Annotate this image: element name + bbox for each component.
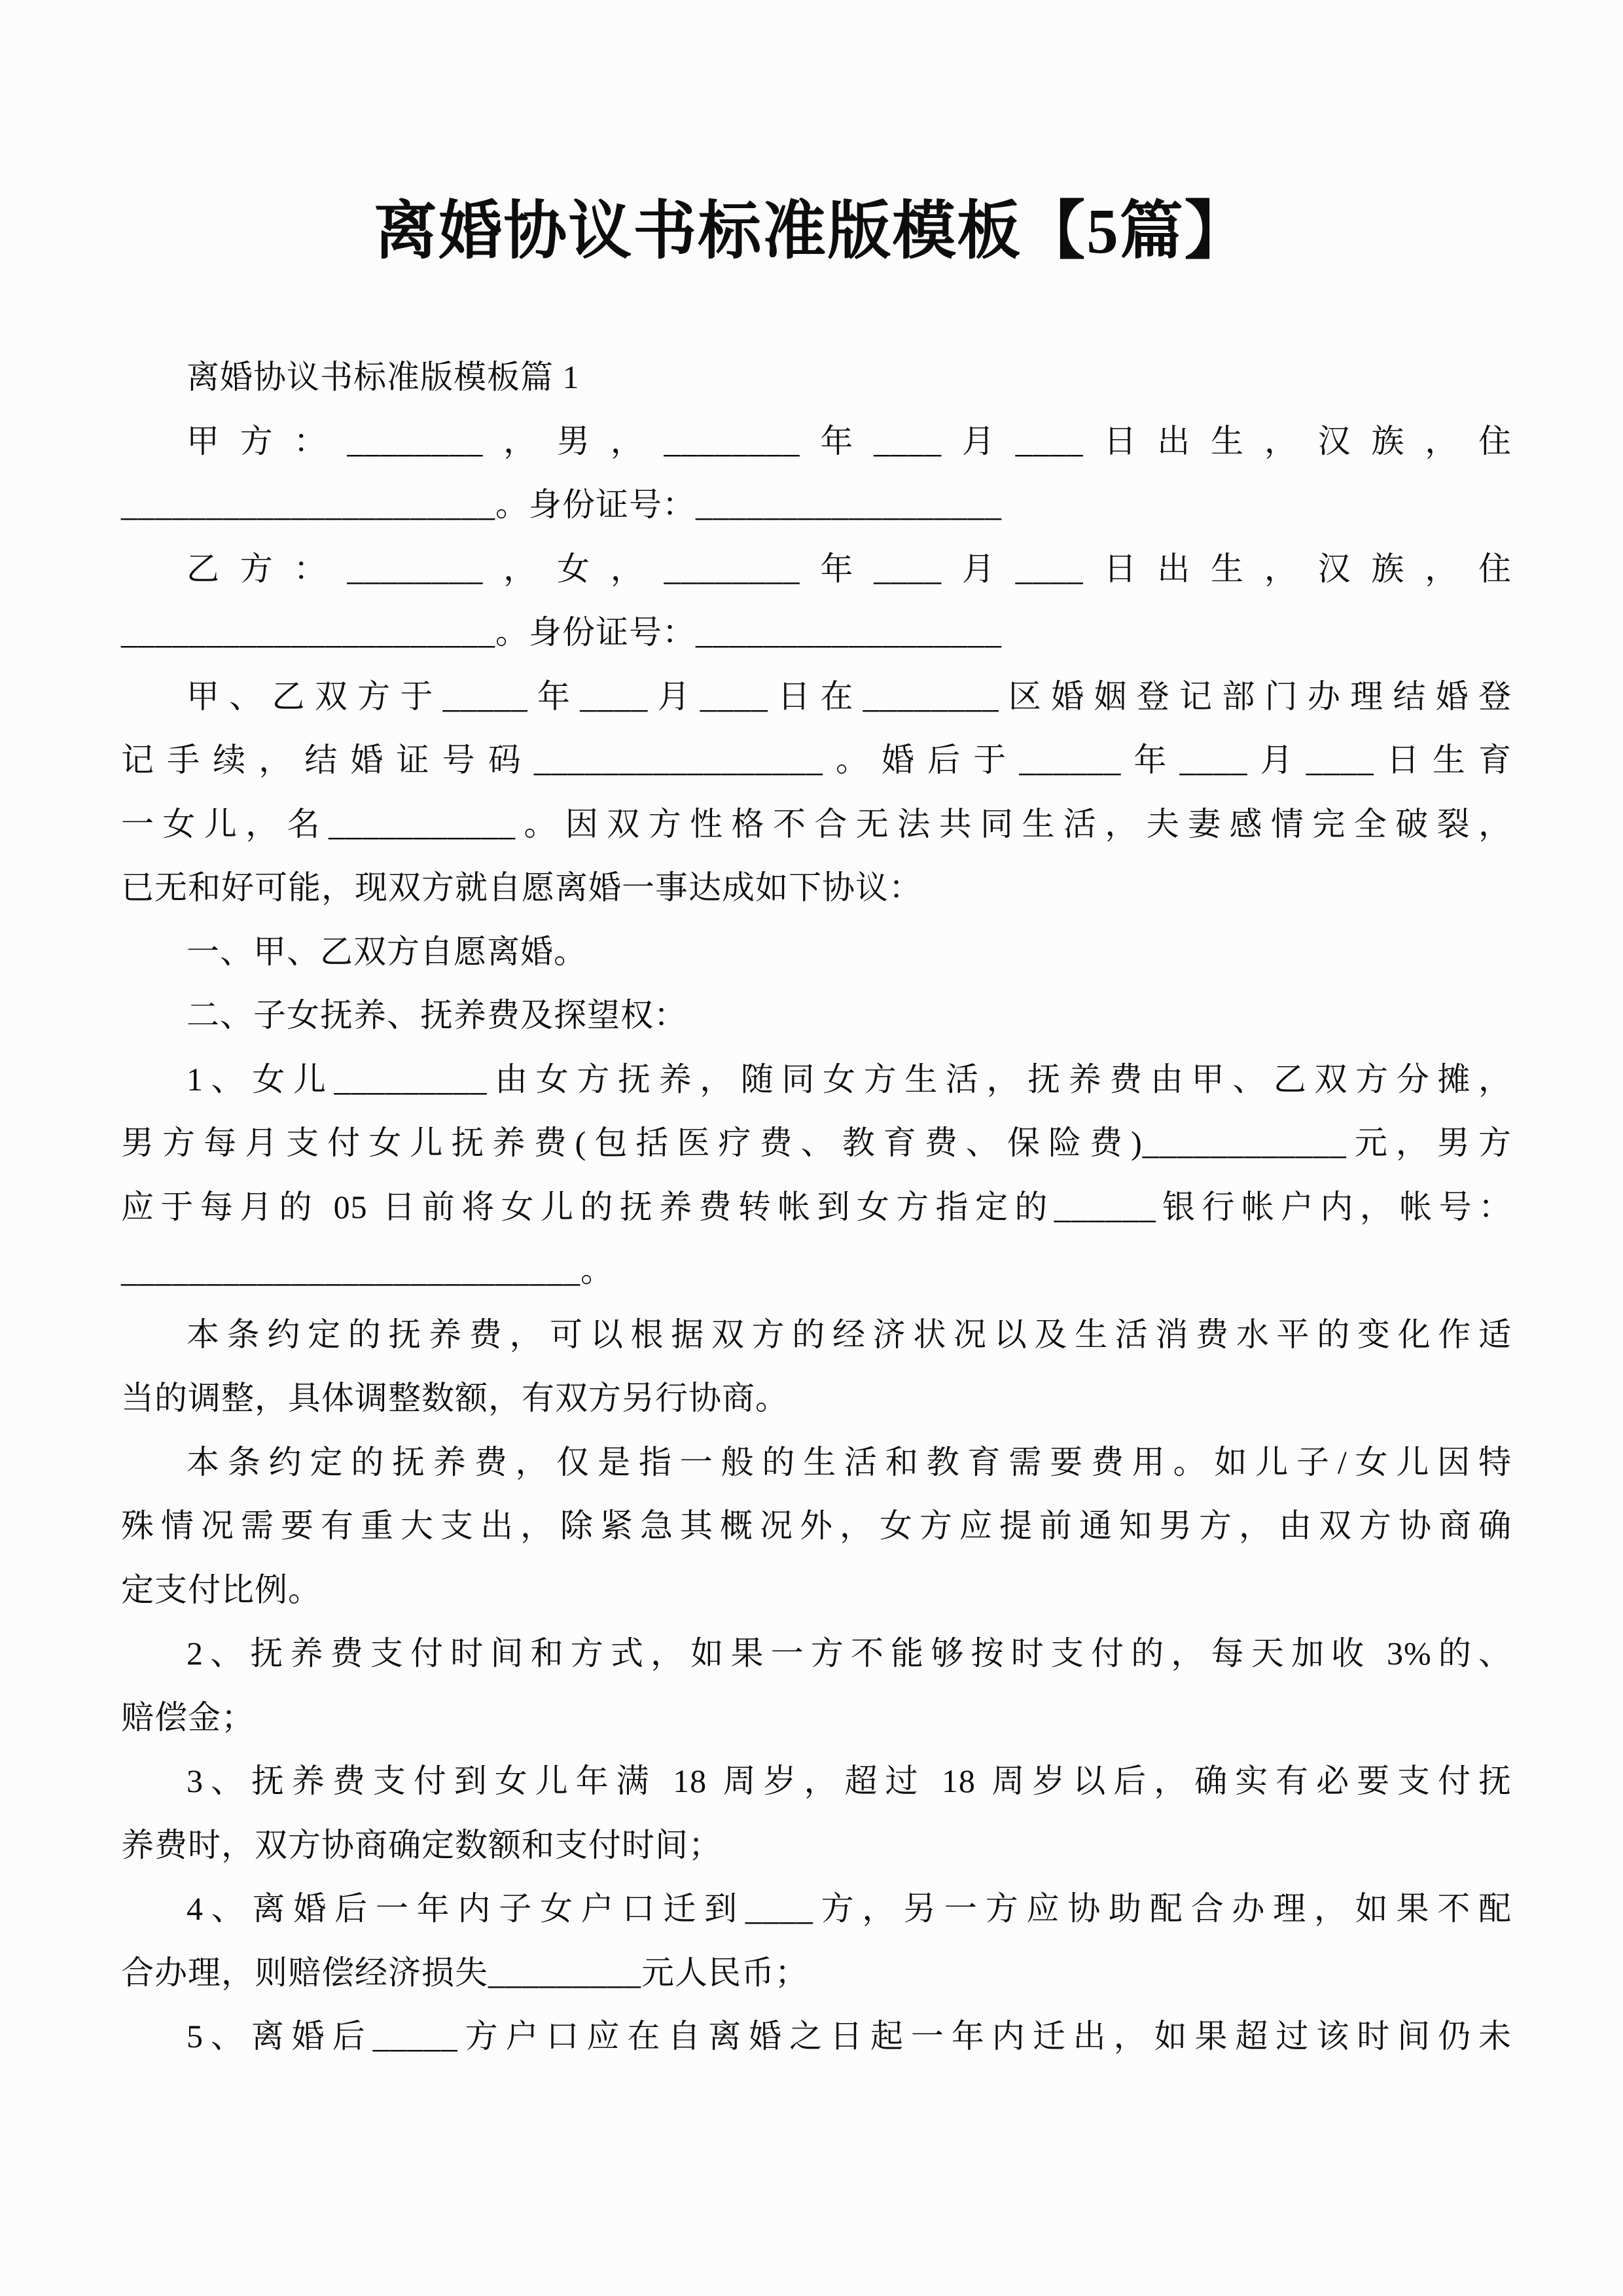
- document-line: 2、抚养费支付时间和方式，如果一方不能够按时支付的，每天加收 3%的、: [121, 1622, 1512, 1686]
- document-line: 4、离婚后一年内子女户口迁到____方，另一方应协助配合办理，如果不配: [121, 1877, 1512, 1941]
- document-line: 1、女儿_________由女方抚养，随同女方生活，抚养费由甲、乙双方分摊，: [121, 1048, 1512, 1112]
- document-line: 养费时，双方协商确定数额和支付时间；: [121, 1814, 1512, 1878]
- document-line: 3、抚养费支付到女儿年满 18 周岁，超过 18 周岁以后，确实有必要支付抚: [121, 1749, 1512, 1814]
- document-line: 应于每月的 05 日前将女儿的抚养费转帐到女方指定的______银行帐户内，帐号…: [121, 1175, 1512, 1240]
- document-line: 一、甲、乙双方自愿离婚。: [121, 920, 1512, 984]
- document-line: 赔偿金；: [121, 1686, 1512, 1750]
- document-line: 一女儿，名___________。因双方性格不合无法共同生活，夫妻感情完全破裂，: [121, 793, 1512, 857]
- document-line: 甲方：________，男，________年____月____日出生，汉族，住: [121, 410, 1512, 474]
- document-line: 二、子女抚养、抚养费及探望权：: [121, 984, 1512, 1048]
- document-body: 离婚协议书标准版模板篇 1甲方：________，男，________年____…: [121, 346, 1512, 2069]
- document-line: 合办理，则赔偿经济损失_________元人民币；: [121, 1941, 1512, 2005]
- document-line: 甲、乙双方于_____年____月____日在________区婚姻登记部门办理…: [121, 665, 1512, 729]
- document-line: 定支付比例。: [121, 1558, 1512, 1623]
- document-line: 男方每月支付女儿抚养费(包括医疗费、教育费、保险费)____________元，…: [121, 1111, 1512, 1175]
- document-line: 殊情况需要有重大支出，除紧急其概况外，女方应提前通知男方，由双方协商确: [121, 1494, 1512, 1558]
- document-line: 记手续，结婚证号码_________________。婚后于______年___…: [121, 728, 1512, 793]
- document-line: 本条约定的抚养费，可以根据双方的经济状况以及生活消费水平的变化作适: [121, 1303, 1512, 1367]
- document-line: 离婚协议书标准版模板篇 1: [121, 346, 1512, 410]
- document-line: 已无和好可能，现双方就自愿离婚一事达成如下协议：: [121, 856, 1512, 920]
- document-line: 本条约定的抚养费，仅是指一般的生活和教育需要费用。如儿子/女儿因特: [121, 1431, 1512, 1495]
- document-title: 离婚协议书标准版模板【5篇】: [0, 195, 1623, 268]
- document-page: 离婚协议书标准版模板【5篇】 离婚协议书标准版模板篇 1甲方：________，…: [0, 0, 1623, 2296]
- document-line: ______________________。身份证号：____________…: [121, 601, 1512, 665]
- document-line: 当的调整，具体调整数额，有双方另行协商。: [121, 1367, 1512, 1431]
- document-line: 乙方：________，女，________年____月____日出生，汉族，住: [121, 537, 1512, 601]
- document-line: ______________________。身份证号：____________…: [121, 473, 1512, 537]
- document-line: ___________________________。: [121, 1239, 1512, 1303]
- document-line: 5、离婚后_____方户口应在自离婚之日起一年内迁出，如果超过该时间仍未: [121, 2005, 1512, 2069]
